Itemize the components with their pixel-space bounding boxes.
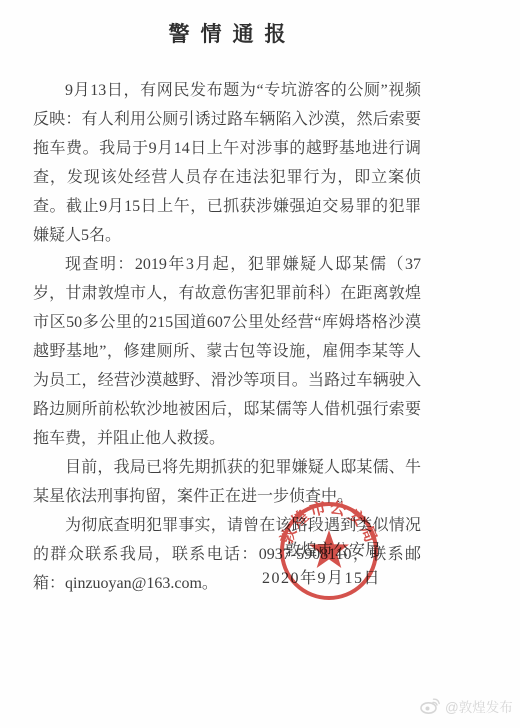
police-notice-page: 警情通报 9月13日，有网民发布题为“专坑游客的公厕”视频反映：有人利用公厕引诱… — [0, 0, 520, 728]
watermark-text: @敦煌发布 — [445, 696, 513, 716]
notice-body: 9月13日，有网民发布题为“专坑游客的公厕”视频反映：有人利用公厕引诱过路车辆陷… — [33, 76, 421, 598]
signature-agency: 敦煌市公安局 — [285, 537, 381, 560]
weibo-icon — [420, 698, 440, 714]
notice-paragraph: 目前，我局已将先期抓获的犯罪嫌疑人邸某儒、牛某星依法刑事拘留，案件正在进一步侦查… — [33, 453, 421, 511]
notice-title: 警情通报 — [33, 18, 421, 48]
watermark: @敦煌发布 — [420, 696, 513, 716]
signature-date: 2020年9月15日 — [262, 565, 381, 588]
notice-paragraph: 9月13日，有网民发布题为“专坑游客的公厕”视频反映：有人利用公厕引诱过路车辆陷… — [33, 76, 421, 250]
notice-paragraph: 现查明：2019年3月起，犯罪嫌疑人邸某儒（37岁，甘肃敦煌市人，有故意伤害犯罪… — [33, 250, 421, 453]
